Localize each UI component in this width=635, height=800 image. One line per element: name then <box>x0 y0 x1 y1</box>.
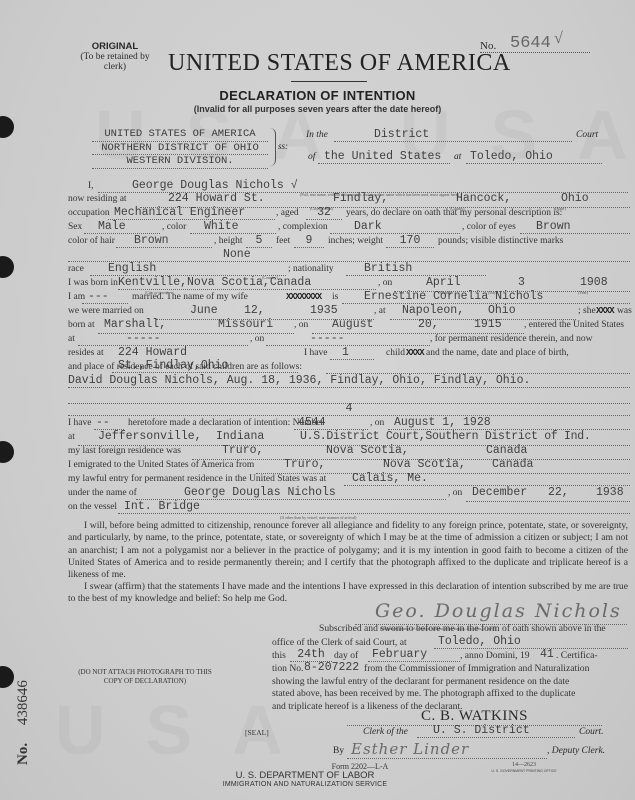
punch-hole <box>0 256 14 278</box>
last-residence-line: my last foreign residence was Truro, Nov… <box>68 446 630 460</box>
jurat-block: Subscribed and sworn to before me in the… <box>283 623 628 635</box>
page-title: UNITED STATES OF AMERICA <box>168 50 511 77</box>
punch-hole <box>0 116 14 138</box>
venue-brace <box>270 128 276 166</box>
deputy-line: By Esther Linder , Deputy Clerk. <box>333 744 628 758</box>
serial-number: No. 438646 <box>15 655 35 765</box>
spouse-name: Ernestine Cornelia Nichols <box>342 290 630 304</box>
spouse-residence-line: resides at 224 Howard St.,Findlay,Ohio I… <box>68 348 630 362</box>
child-entry: David Douglas Nichols, Aug. 18, 1936, Fi… <box>68 376 630 390</box>
department-label: U. S. DEPARTMENT OF LABOR <box>200 770 410 781</box>
declarant-signature: Geo. Douglas Nichols <box>355 604 627 625</box>
oath-paragraph: I will, before being admitted to citizen… <box>68 520 628 581</box>
clerk-court-line: Clerk of the U. S. District Court. <box>363 726 608 739</box>
punch-hole <box>0 666 14 688</box>
ss-label: ss: <box>278 141 288 151</box>
court-location-line: of the United States at Toledo, Ohio <box>306 152 602 164</box>
document-number: No. 5644 √ <box>480 36 590 53</box>
print-code: 14—2623 <box>484 762 564 768</box>
vessel-line: on the vessel Int. Bridge <box>68 502 630 516</box>
title-rule <box>291 81 367 82</box>
photo-note: (DO NOT ATTACH PHOTOGRAPH TO THIS COPY O… <box>60 668 230 685</box>
struck-text: XXXXXXXX <box>286 292 321 302</box>
original-note: (To be retained by clerk) <box>64 52 166 72</box>
jurat-cert-line: tion No. 8-207222 from the Commissioner … <box>272 663 628 675</box>
declaration-document: USA USA USA ORIGINAL (To be retained by … <box>0 0 635 800</box>
venue-block: UNITED STATES OF AMERICA NORTHERN DISTRI… <box>92 128 268 169</box>
form-title: DECLARATION OF INTENTION <box>0 88 635 103</box>
form-subtitle: (Invalid for all purposes seven years af… <box>0 104 635 114</box>
marital-line: I am --- married. The name of my wife XX… <box>68 292 630 306</box>
deputy-signature: Esther Linder <box>347 740 547 759</box>
service-label: IMMIGRATION AND NATURALIZATION SERVICE <box>190 781 420 788</box>
declarant-name: George Douglas Nichols √ <box>98 179 628 193</box>
printer-label: U. S. GOVERNMENT PRINTING OFFICE <box>474 769 574 773</box>
original-label: ORIGINAL <box>70 41 160 52</box>
court-line: In the District Court <box>306 130 602 142</box>
punch-hole <box>0 441 14 463</box>
seal-label: [SEAL] <box>245 728 269 737</box>
